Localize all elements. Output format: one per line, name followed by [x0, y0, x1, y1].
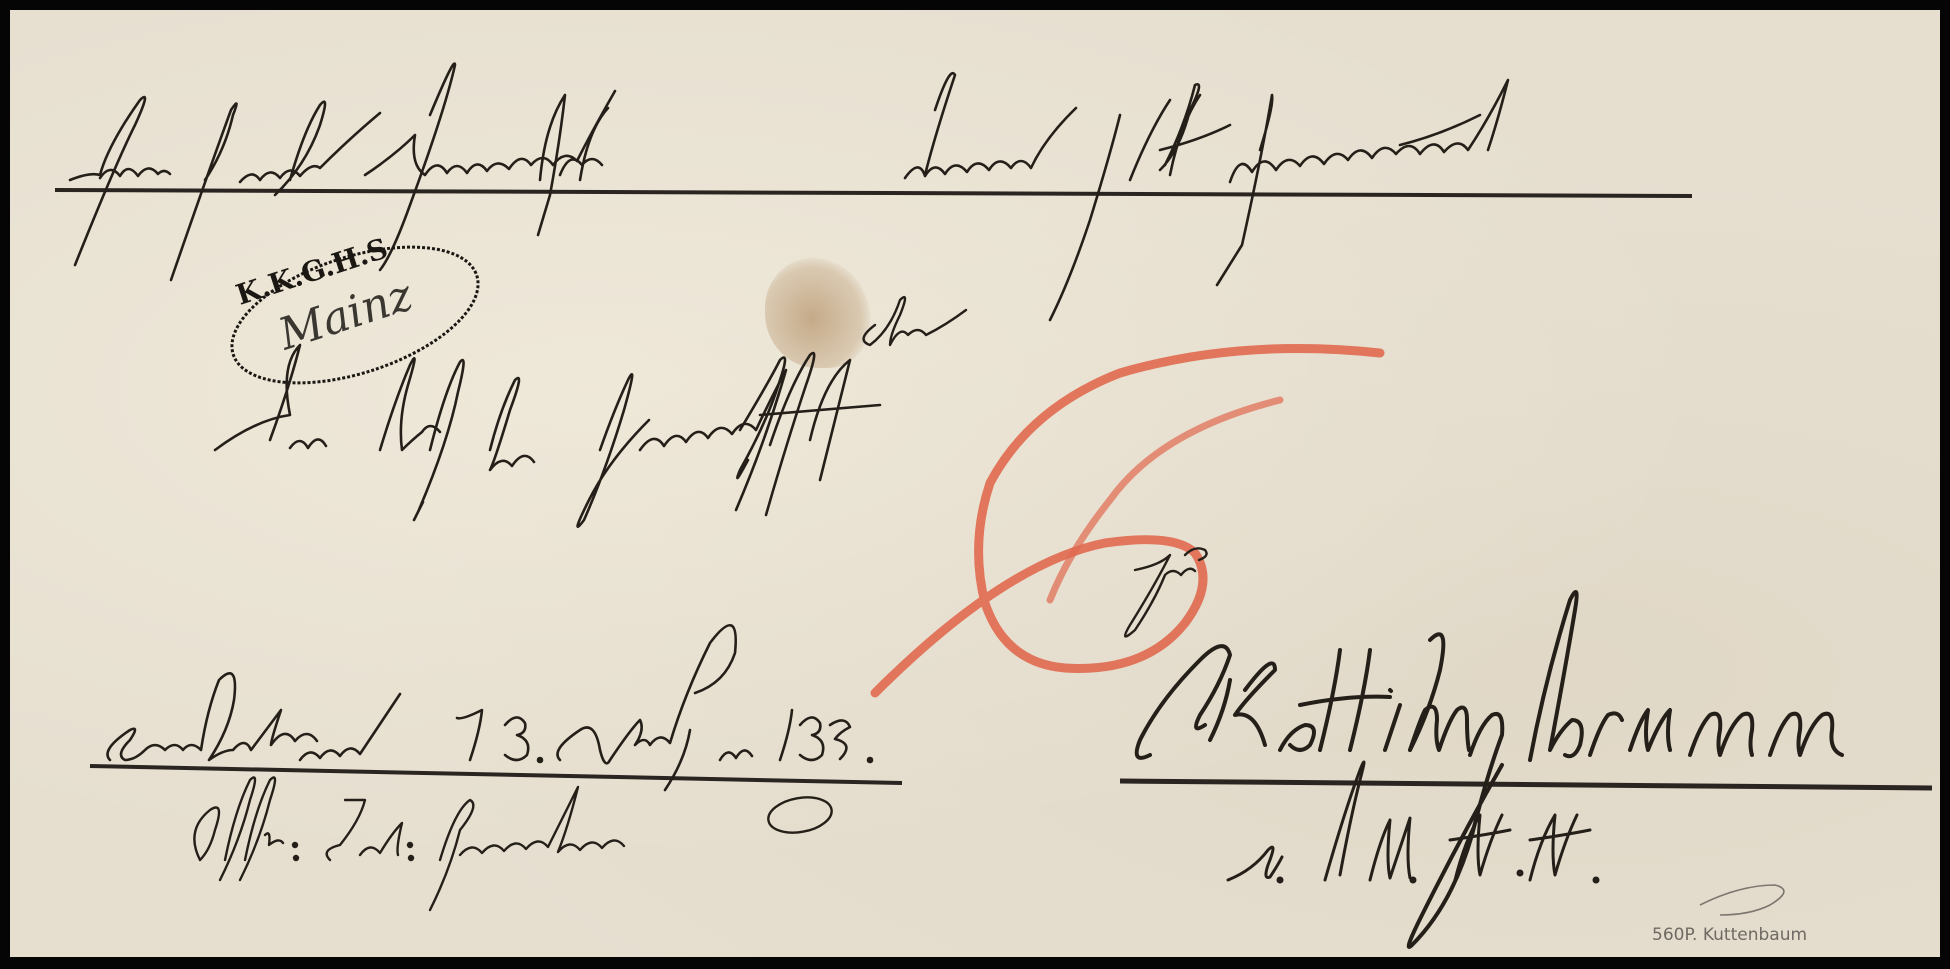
zu-script	[1125, 548, 1207, 636]
destination-script	[1137, 592, 1842, 947]
pencil-note: 560P. Kuttenbaum	[1652, 925, 1807, 945]
postmark-stamp: K.K.G.H.S Mainz	[215, 220, 494, 409]
address-line1-script	[215, 345, 880, 527]
handwriting-layer: K.K.G.H.S Mainz	[0, 0, 1950, 969]
offic-line-script	[194, 778, 834, 911]
date-underline	[90, 766, 902, 783]
pencil-flourish	[1700, 885, 1784, 915]
date-line-script	[108, 625, 873, 790]
top-underline	[55, 190, 1692, 196]
an-script	[864, 297, 966, 345]
red-crayon-6-marking	[875, 349, 1380, 694]
destination-underline	[1120, 781, 1932, 788]
